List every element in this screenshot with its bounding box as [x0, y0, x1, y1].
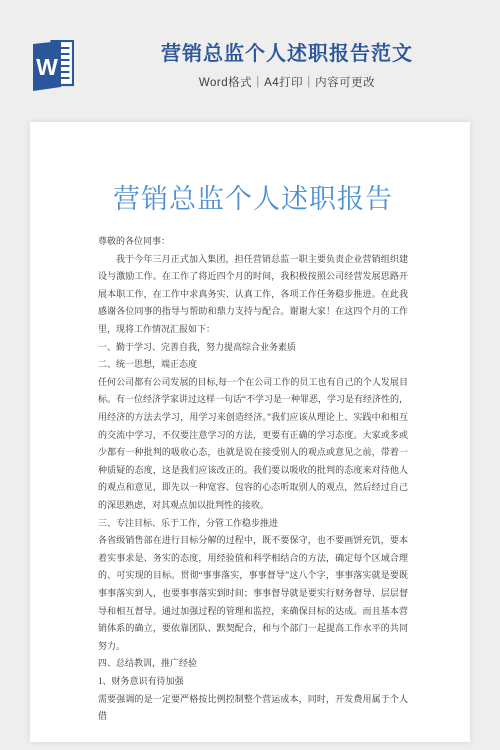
header-title: 营销总监个人述职报告范文: [74, 42, 500, 66]
paragraph: 一、勤于学习、完善自我，努力提高综合业务素质: [98, 339, 408, 357]
document-page: 营销总监个人述职报告 尊敬的各位同事：我于今年三月正式加入集团，担任营销总监一职…: [30, 122, 470, 742]
paragraph: 三、专注目标、乐于工作，分管工作稳步推进: [98, 515, 408, 533]
paragraph: 任何公司都有公司发展的目标,每一个在公司工作的员工也有自己的个人发展目标。有一位…: [98, 374, 408, 515]
paragraph: 1、财务意识有待加强: [98, 673, 408, 691]
paragraph: 我于今年三月正式加入集团，担任营销总监一职主要负责企业营销组织建设与激励工作。在…: [98, 251, 408, 339]
document-title: 营销总监个人述职报告: [98, 182, 408, 217]
preview-header: W 营销总监个人述职报告范文 Word格式｜A4打印｜内容可更改: [0, 0, 500, 92]
word-icon-letter: W: [36, 54, 58, 80]
word-icon: W: [32, 40, 74, 92]
document-body: 尊敬的各位同事：我于今年三月正式加入集团，担任营销总监一职主要负责企业营销组织建…: [98, 233, 408, 726]
header-text-block: 营销总监个人述职报告范文 Word格式｜A4打印｜内容可更改: [74, 42, 500, 90]
paragraph: 需要强调的是一定要严格按比例控制整个营运成本，同时，开发费用属于个人借: [98, 691, 408, 726]
paragraph: 四、总结教训，推广经验: [98, 655, 408, 673]
paragraph: 二、统一思想，端正态度: [98, 356, 408, 374]
paragraph: 尊敬的各位同事：: [98, 233, 408, 251]
preview-page: W 营销总监个人述职报告范文 Word格式｜A4打印｜内容可更改 营销总监个人述…: [0, 0, 500, 750]
header-subtitle: Word格式｜A4打印｜内容可更改: [74, 74, 500, 90]
paragraph: 各省级销售部在进行目标分解的过程中，既不要保守，也不要画饼充饥，要本着实事求是、…: [98, 532, 408, 655]
